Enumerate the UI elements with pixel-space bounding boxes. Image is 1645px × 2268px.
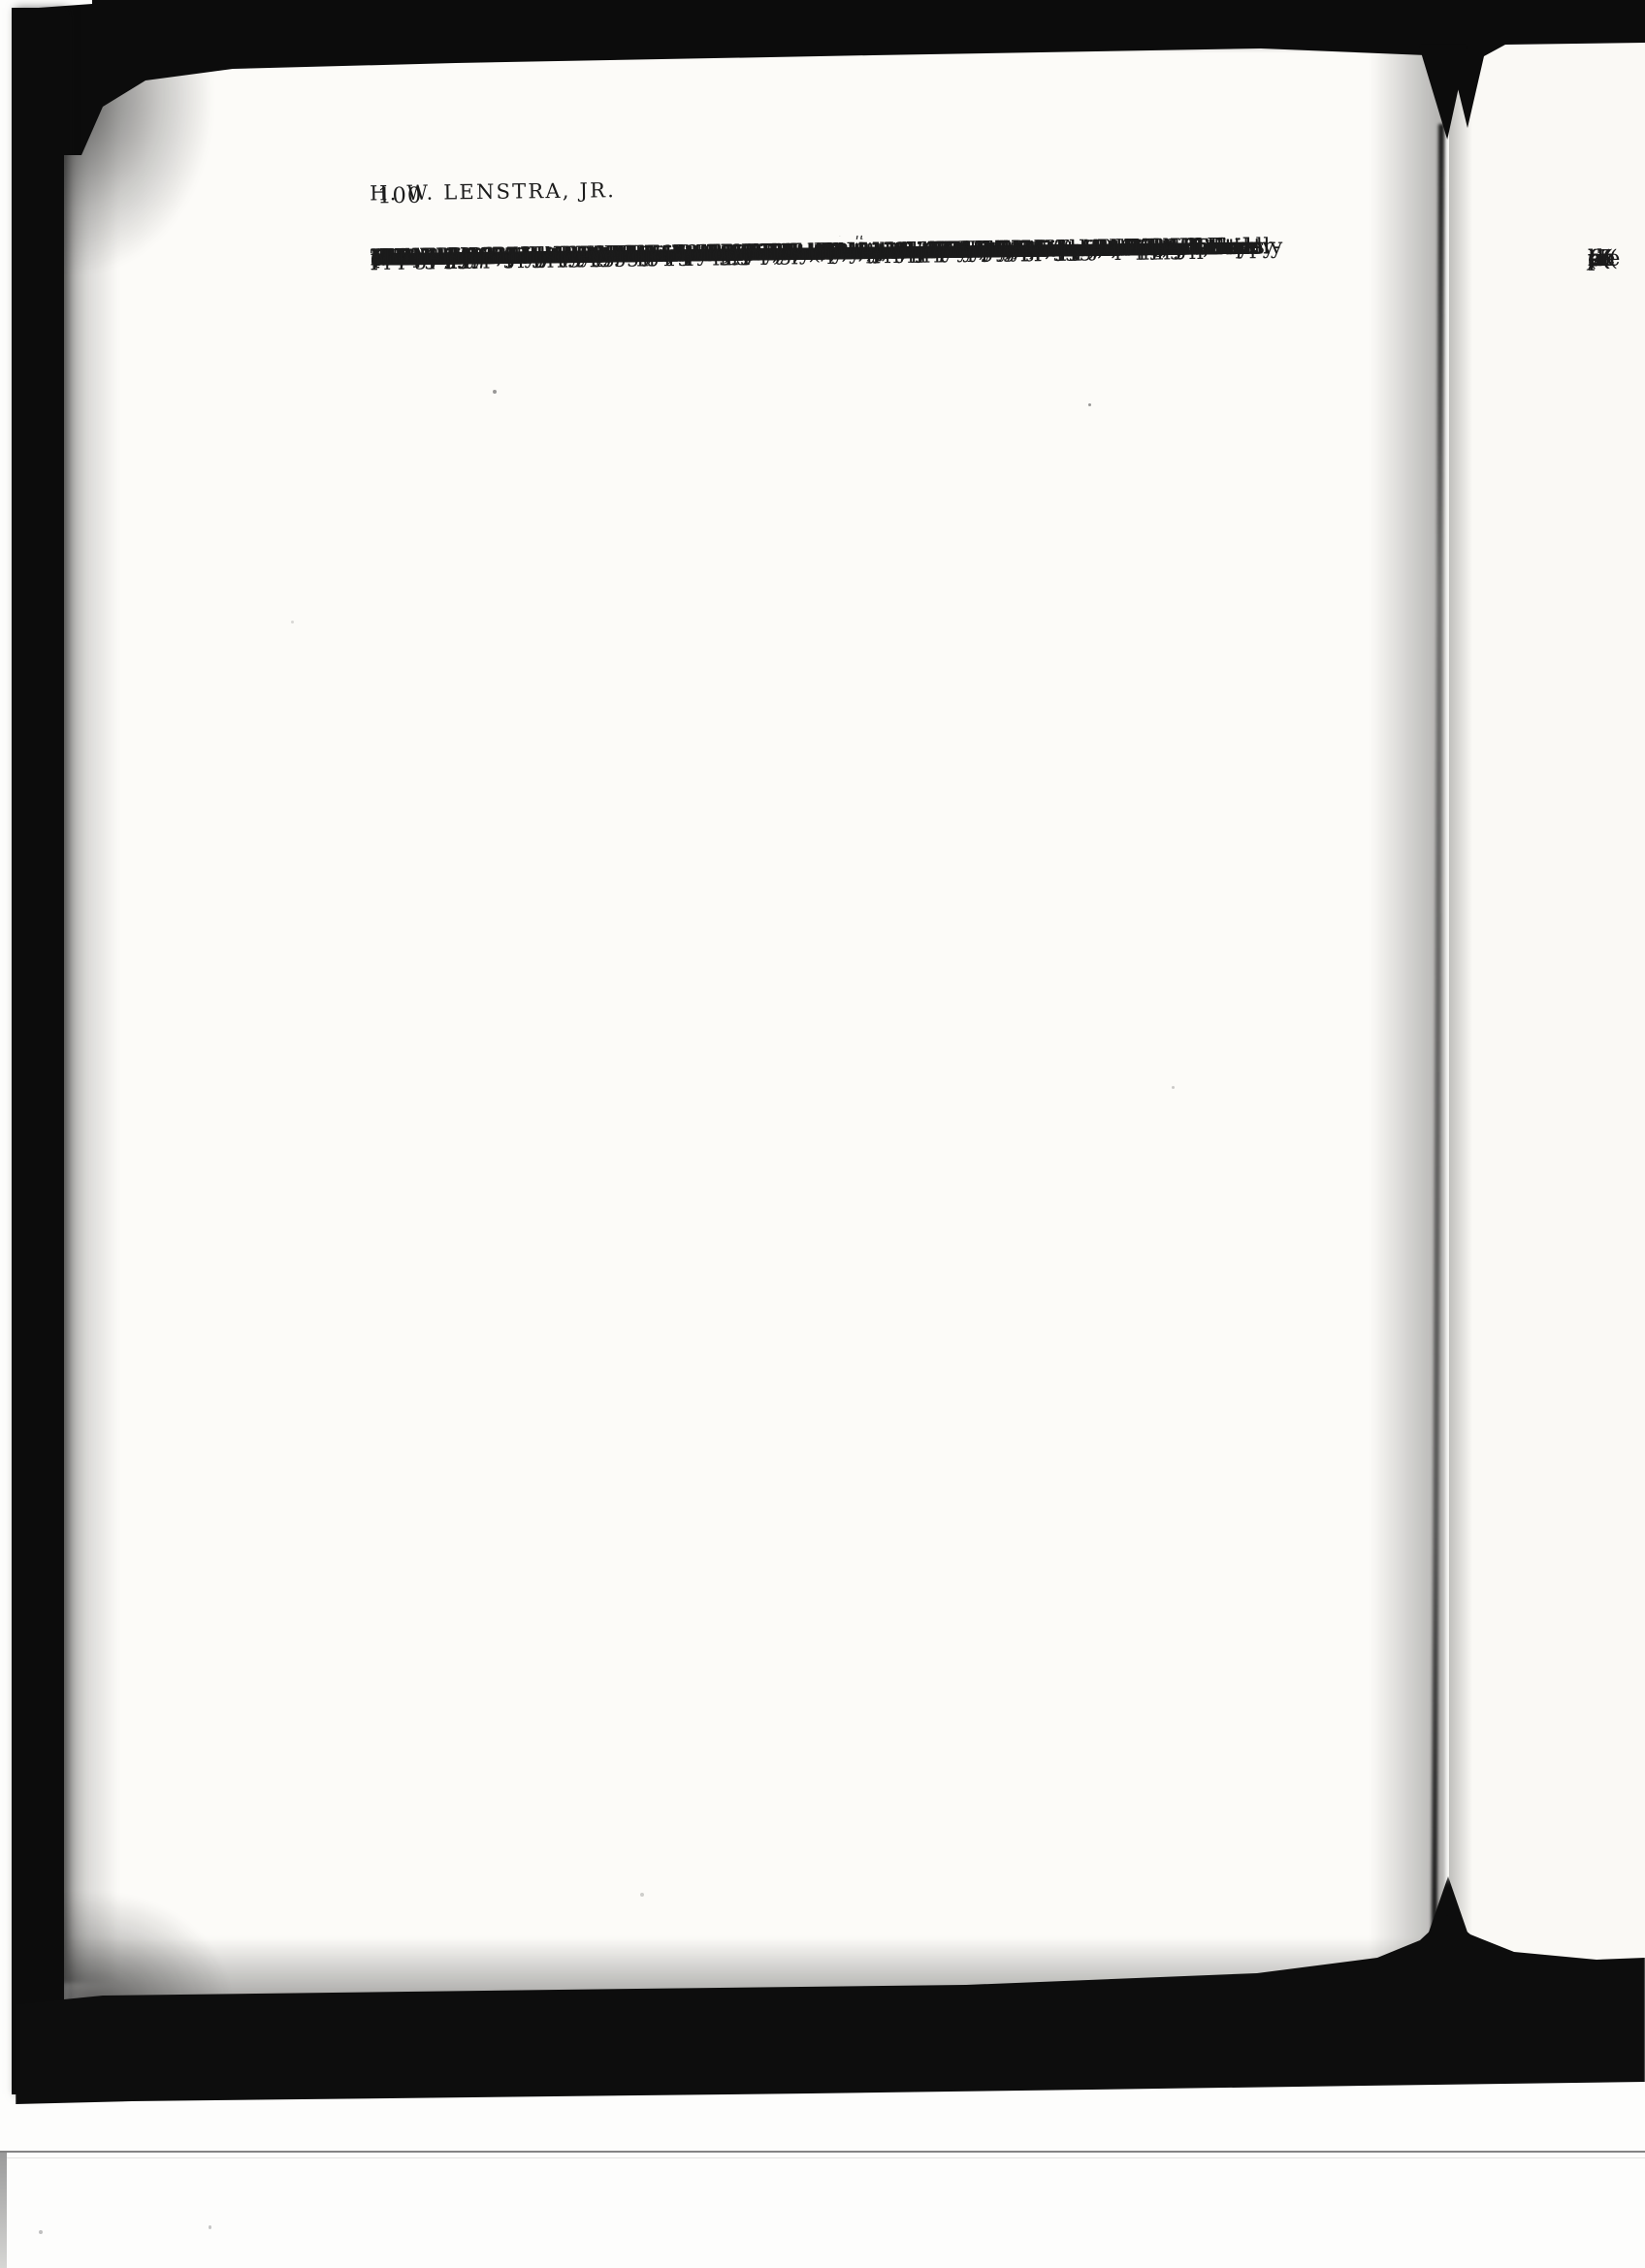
running-header: H. W. LENSTRA, JR. xyxy=(370,178,649,206)
body-text: Another reason for the increased interes… xyxy=(371,229,1345,241)
scanner-edge-sliver xyxy=(0,2153,7,2268)
facing-page-fragment: . xyxy=(1588,242,1596,276)
printed-page-content: 100 H. W. LENSTRA, JR. Another reason fo… xyxy=(0,0,1645,2268)
book-scan: 100 H. W. LENSTRA, JR. Another reason fo… xyxy=(0,0,1645,2268)
page-header: 100 H. W. LENSTRA, JR. xyxy=(370,169,1344,220)
text-line: older algorithms depend on properties of… xyxy=(371,234,1034,276)
